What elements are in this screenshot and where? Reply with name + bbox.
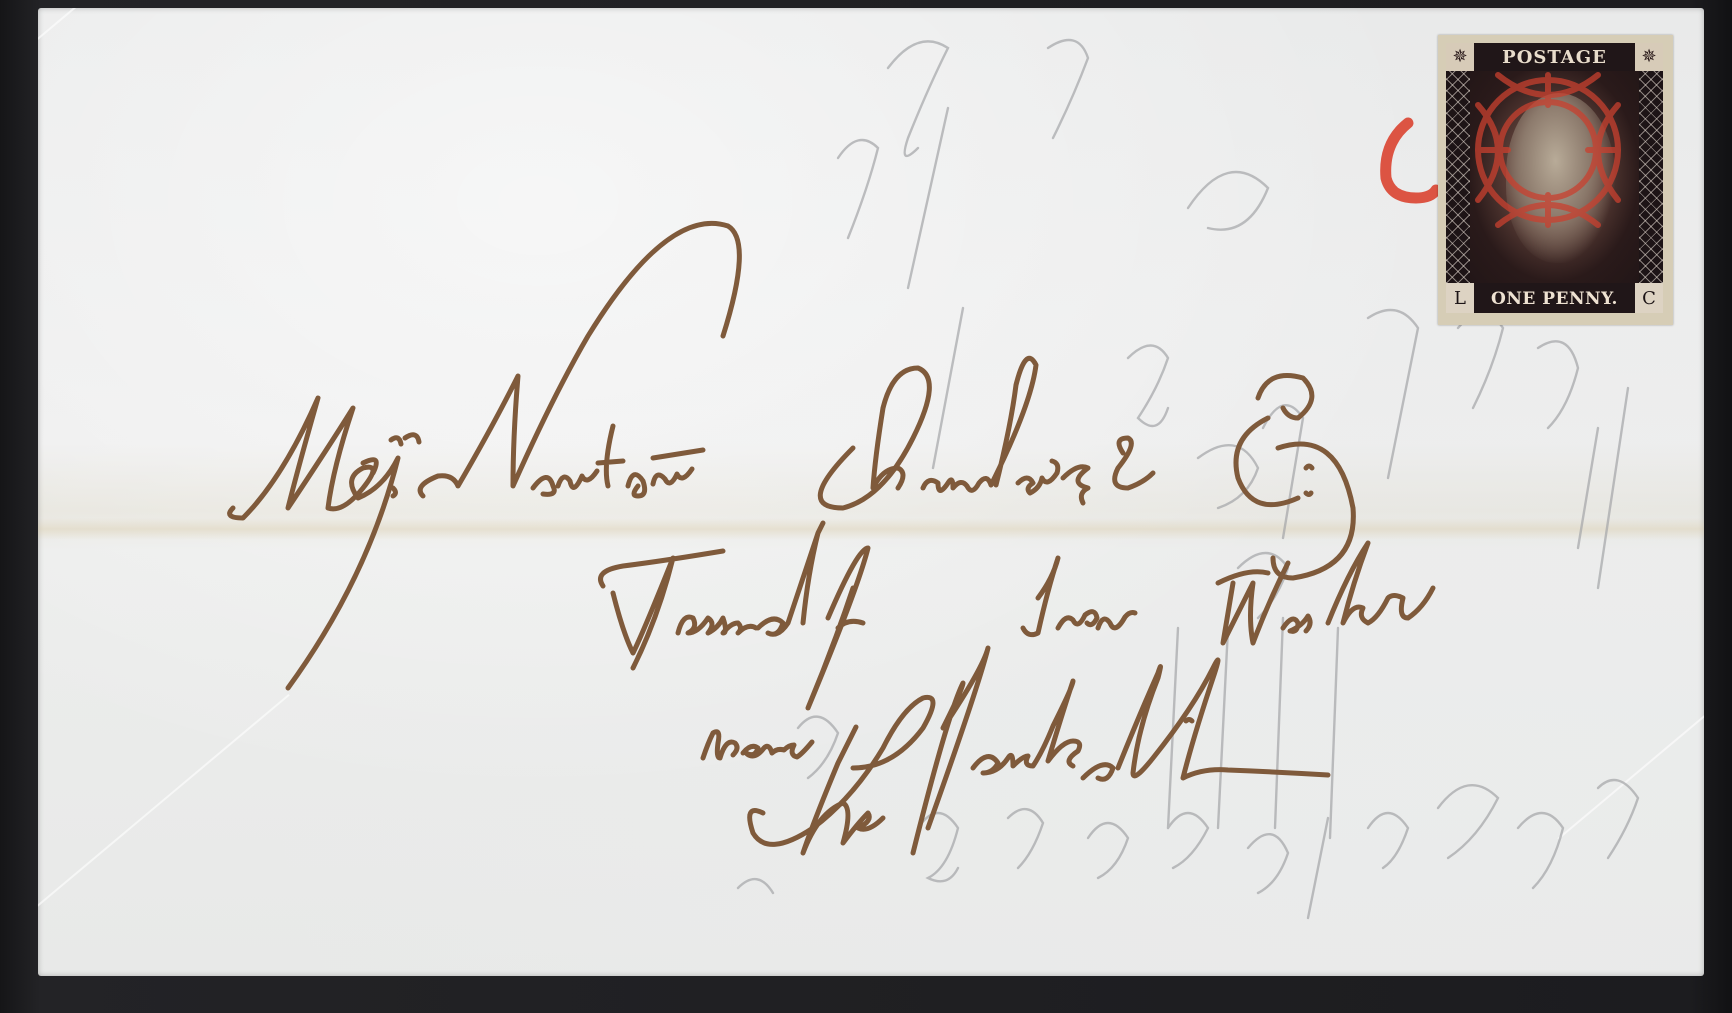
handwritten-address — [38, 8, 1704, 976]
letter-sheet: POSTAGE ✵ ✵ ONE PENNY. L C — [38, 8, 1704, 976]
